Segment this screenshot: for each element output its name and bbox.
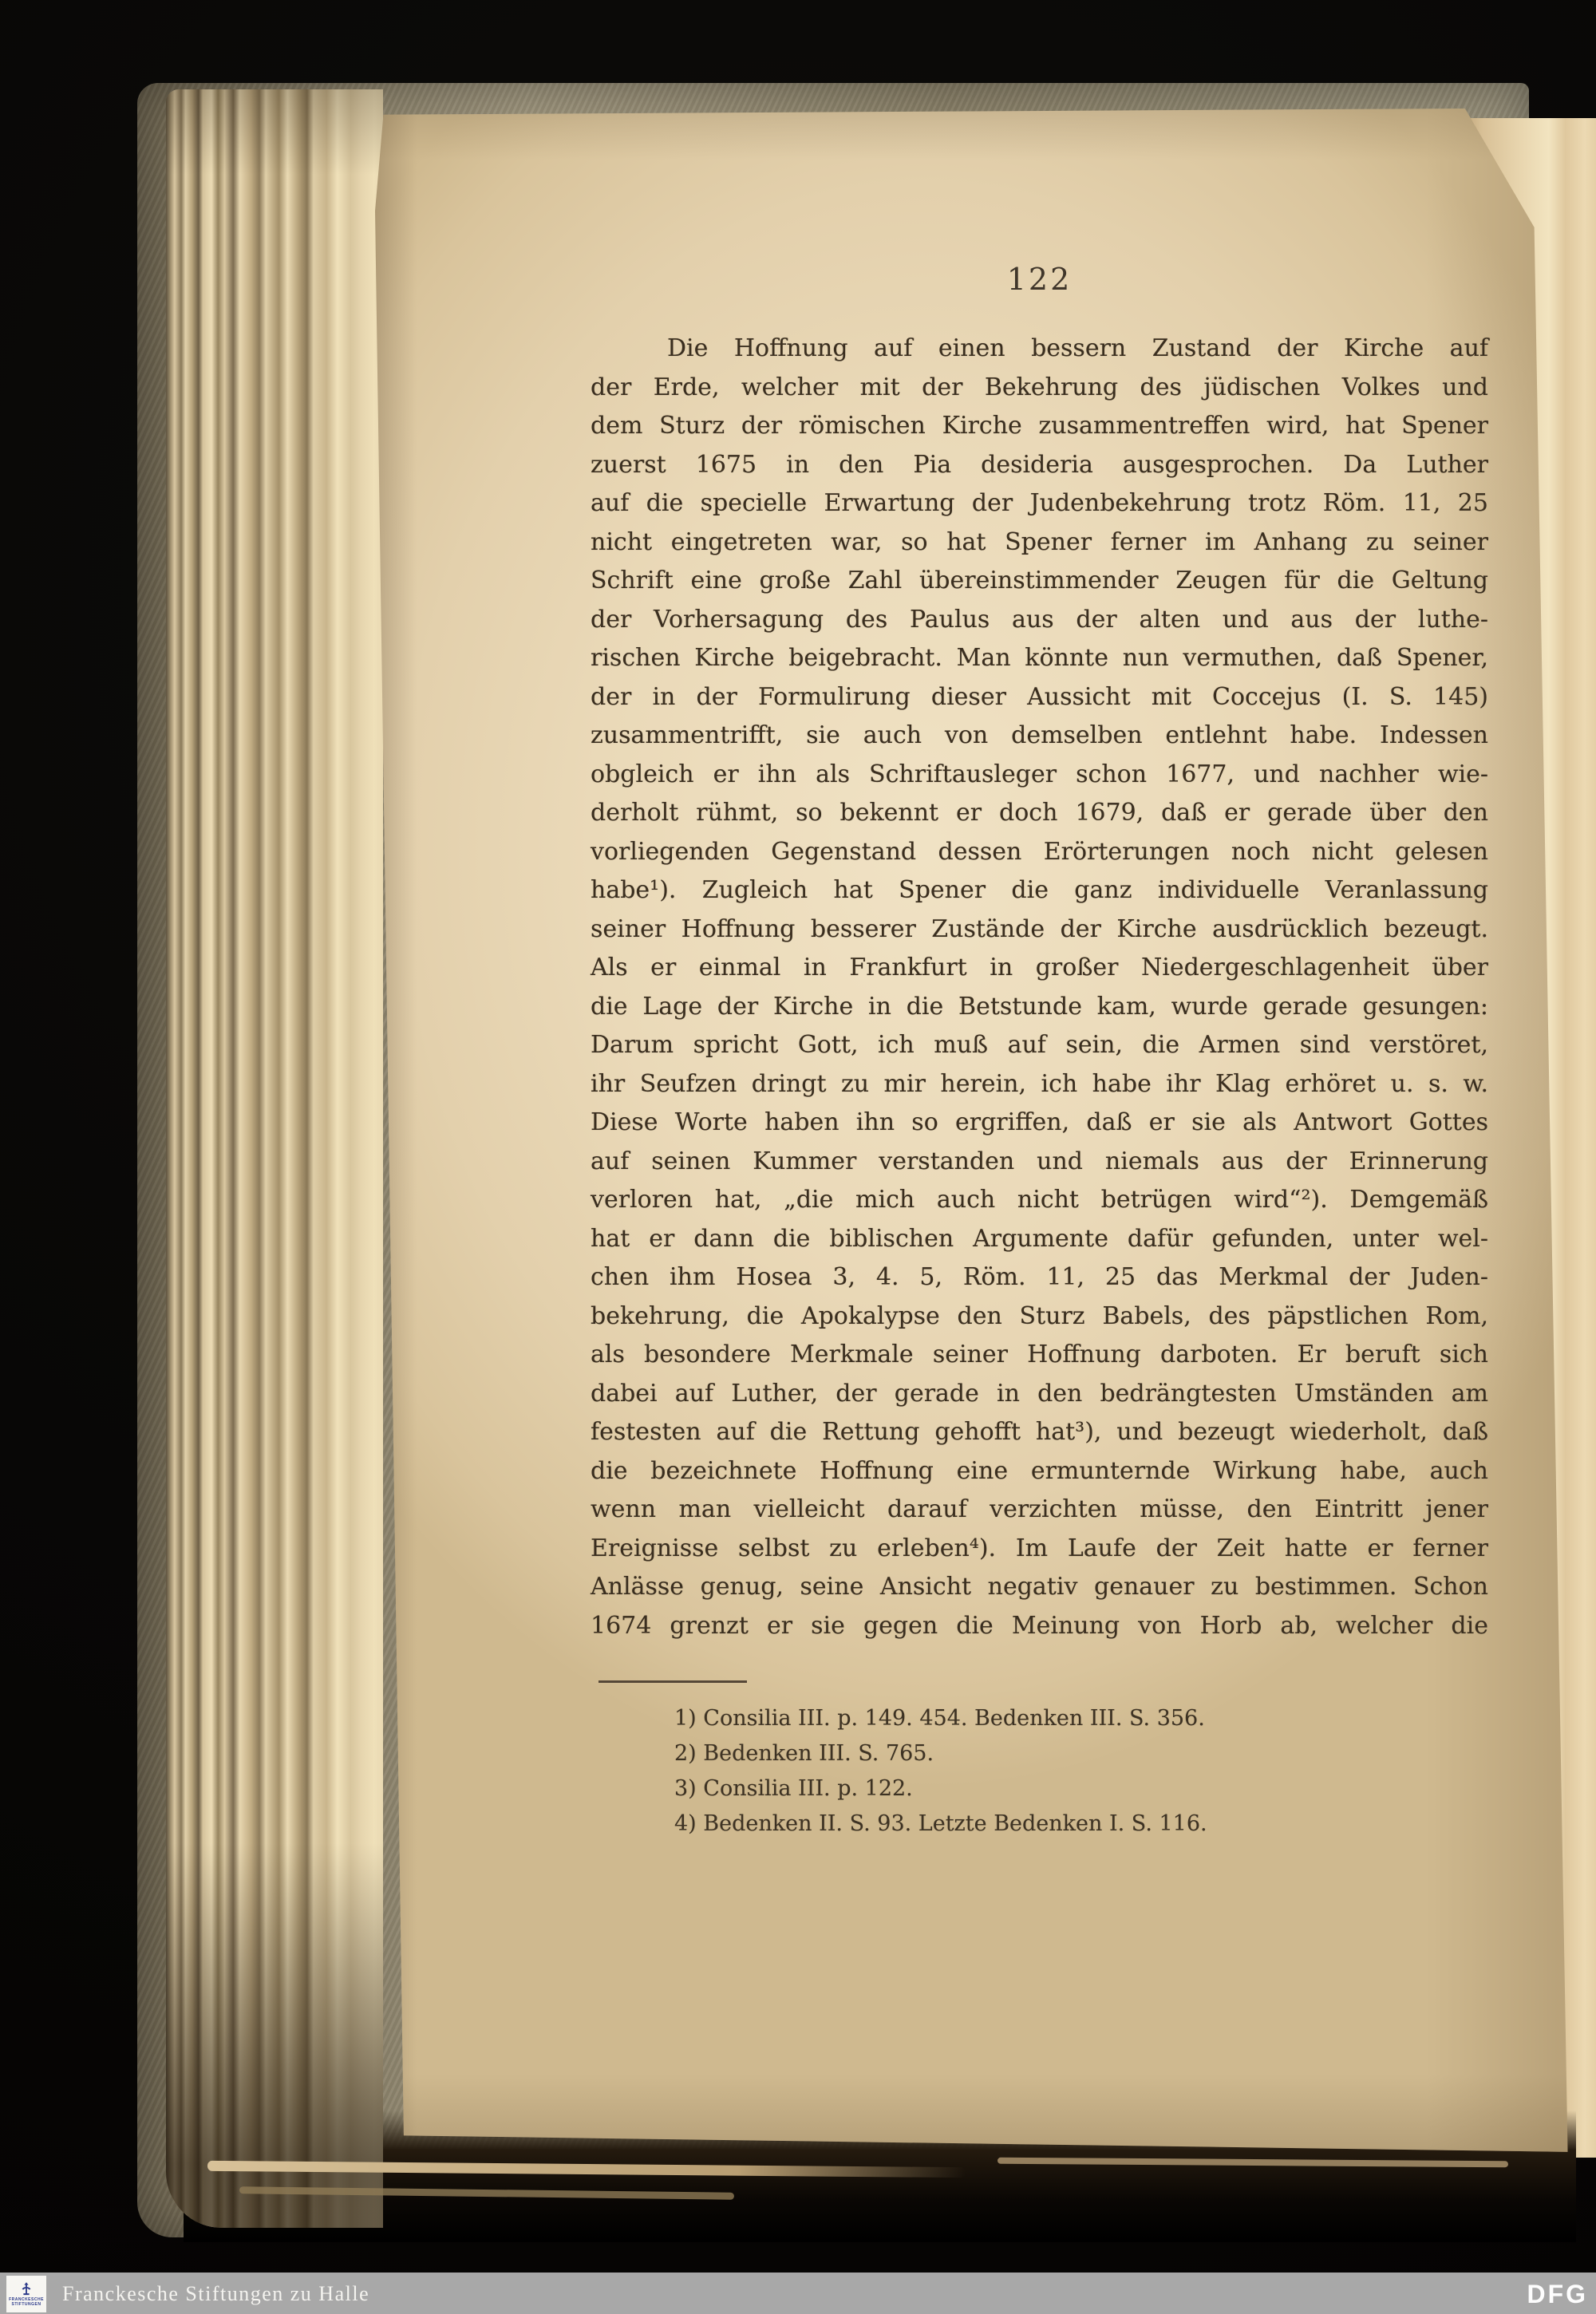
text-line: wenn man vielleicht darauf verzichten mü… bbox=[591, 1491, 1488, 1530]
text-line: der Vorhersagung des Paulus aus der alte… bbox=[591, 601, 1488, 640]
text-line: Anlässe genug, seine Ansicht negativ gen… bbox=[591, 1568, 1488, 1607]
text-line: 1674 grenzt er sie gegen die Meinung von… bbox=[591, 1607, 1488, 1646]
footnote-line: 4) Bedenken II. S. 93. Letzte Bedenken I… bbox=[674, 1807, 1480, 1842]
logo-text-line2: STIFTUNGEN bbox=[12, 2303, 41, 2307]
text-line: nicht eingetreten war, so hat Spener fer… bbox=[591, 523, 1488, 563]
text-line: die bezeichnete Hoffnung eine ermunternd… bbox=[591, 1452, 1488, 1491]
page-stack-edges bbox=[166, 89, 383, 2228]
dfg-logo: DFG bbox=[1527, 2273, 1588, 2314]
text-line: vorliegenden Gegenstand dessen Erörterun… bbox=[591, 833, 1488, 872]
footnote-rule bbox=[598, 1680, 747, 1683]
text-line: der Erde, welcher mit der Bekehrung des … bbox=[591, 369, 1488, 408]
text-line: der in der Formulirung dieser Aussicht m… bbox=[591, 678, 1488, 717]
page-number: 122 bbox=[591, 262, 1488, 297]
footnote-line: 2) Bedenken III. S. 765. bbox=[674, 1736, 1480, 1771]
text-line: Als er einmal in Frankfurt in großer Nie… bbox=[591, 949, 1488, 988]
text-line: auf seinen Kummer verstanden und niemals… bbox=[591, 1143, 1488, 1182]
text-line: dem Sturz der römischen Kirche zusamment… bbox=[591, 407, 1488, 446]
text-line: Diese Worte haben ihn so ergriffen, daß … bbox=[591, 1104, 1488, 1143]
viewer-footer-bar: FRANCKESCHE STIFTUNGEN Franckesche Stift… bbox=[0, 2273, 1596, 2314]
text-line: Ereignisse selbst zu erleben⁴). Im Laufe… bbox=[591, 1530, 1488, 1569]
text-line: chen ihm Hosea 3, 4. 5, Röm. 11, 25 das … bbox=[591, 1258, 1488, 1297]
text-line: zuerst 1675 in den Pia desideria ausgesp… bbox=[591, 446, 1488, 485]
text-line: als besondere Merkmale seiner Hoffnung d… bbox=[591, 1336, 1488, 1375]
text-line: obgleich er ihn als Schriftausleger scho… bbox=[591, 756, 1488, 795]
text-line: zusammentrifft, sie auch von demselben e… bbox=[591, 717, 1488, 756]
text-line: Darum spricht Gott, ich muß auf sein, di… bbox=[591, 1026, 1488, 1065]
franckesche-stiftungen-logo: FRANCKESCHE STIFTUNGEN bbox=[6, 2276, 46, 2312]
foundation-emblem-icon bbox=[18, 2281, 35, 2297]
text-line: dabei auf Luther, der gerade in den bedr… bbox=[591, 1375, 1488, 1414]
text-line: rischen Kirche beigebracht. Man könnte n… bbox=[591, 639, 1488, 678]
text-line: bekehrung, die Apokalypse den Sturz Babe… bbox=[591, 1297, 1488, 1337]
text-line: Schrift eine große Zahl übereinstimmende… bbox=[591, 562, 1488, 601]
body-text: Die Hoffnung auf einen bessern Zustand d… bbox=[591, 330, 1488, 1645]
library-name: Franckesche Stiftungen zu Halle bbox=[62, 2273, 369, 2314]
footnote-line: 1) Consilia III. p. 149. 454. Bedenken I… bbox=[674, 1701, 1480, 1736]
footnotes: 1) Consilia III. p. 149. 454. Bedenken I… bbox=[674, 1701, 1480, 1842]
text-line: hat er dann die biblischen Argumente daf… bbox=[591, 1220, 1488, 1259]
text-line: die Lage der Kirche in die Betstunde kam… bbox=[591, 988, 1488, 1027]
text-line: auf die specielle Erwartung der Judenbek… bbox=[591, 484, 1488, 523]
scan-background: 122 Die Hoffnung auf einen bessern Zusta… bbox=[0, 0, 1596, 2314]
text-line: habe¹). Zugleich hat Spener die ganz ind… bbox=[591, 871, 1488, 910]
footnote-line: 3) Consilia III. p. 122. bbox=[674, 1771, 1480, 1807]
text-line: derholt rühmt, so bekennt er doch 1679, … bbox=[591, 794, 1488, 833]
text-line: Die Hoffnung auf einen bessern Zustand d… bbox=[591, 330, 1488, 369]
text-line: ihr Seufzen dringt zu mir herein, ich ha… bbox=[591, 1065, 1488, 1104]
text-line: festesten auf die Rettung gehofft hat³),… bbox=[591, 1413, 1488, 1452]
text-line: verloren hat, „die mich auch nicht betrü… bbox=[591, 1181, 1488, 1220]
text-line: seiner Hoffnung besserer Zustände der Ki… bbox=[591, 910, 1488, 950]
